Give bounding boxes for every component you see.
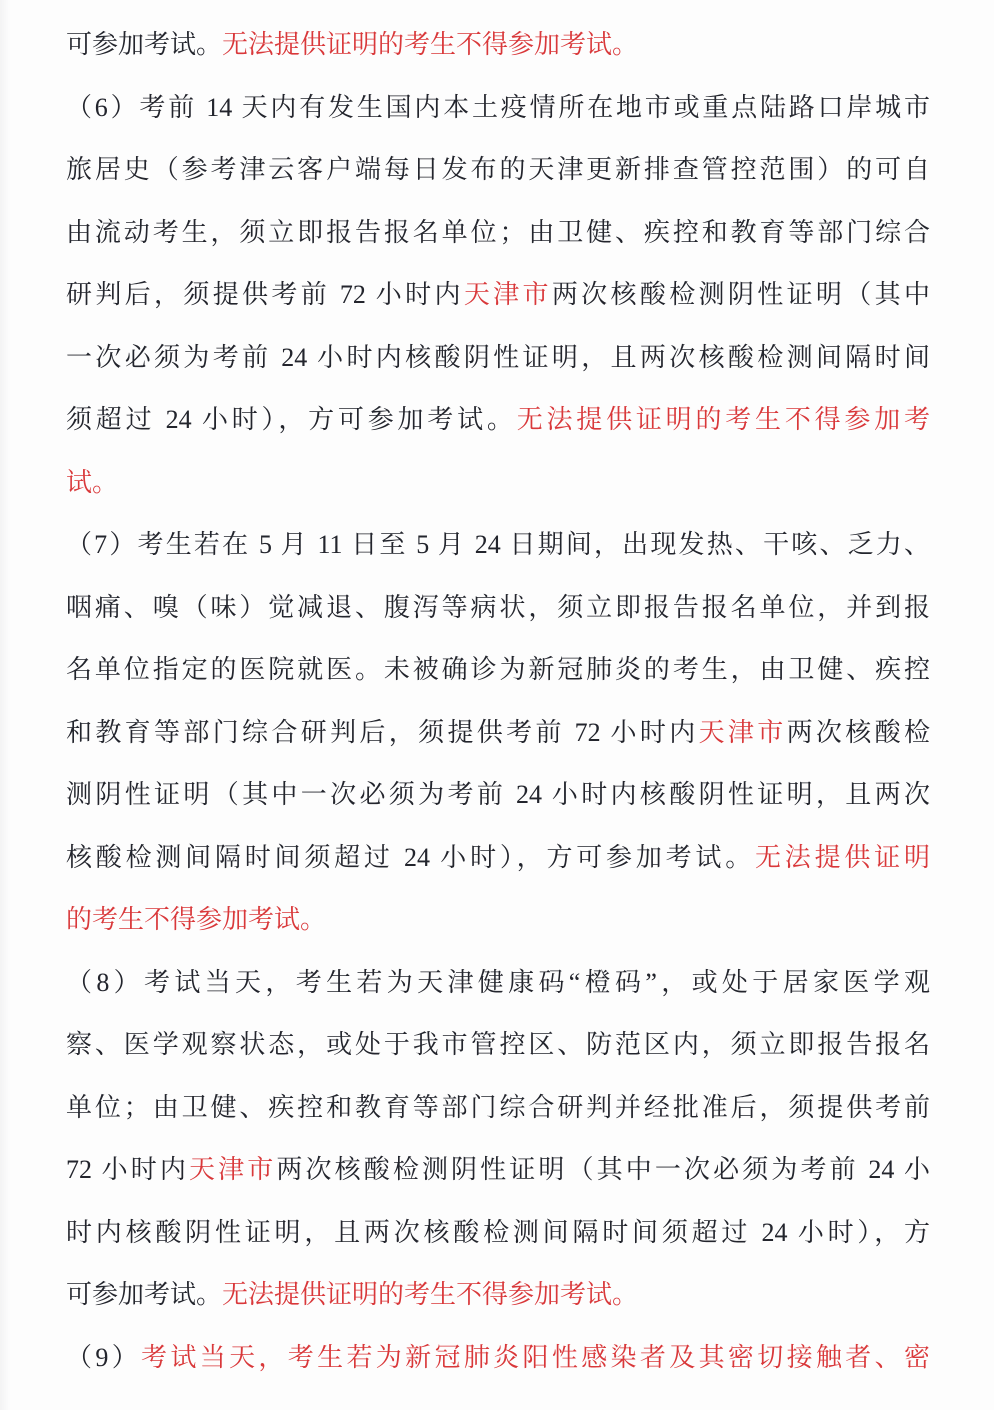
text-segment-red: 的考生不得参加考试。	[66, 905, 326, 934]
text-segment-black: 一次必须为考前 24 小时内核酸阴性证明，且两次核酸检测间隔时间	[66, 343, 930, 372]
text-segment-black: （7）考生若在 5 月 11 日至 5 月 24 日期间，出现发热、干咳、乏力、	[66, 530, 930, 559]
text-segment-red: 无法提供证明的考生不得参加考试。	[222, 30, 638, 59]
text-line: （9）考试当天，考生若为新冠肺炎阳性感染者及其密切接触者、密	[66, 1327, 930, 1390]
text-line: （6）考前 14 天内有发生国内本土疫情所在地市或重点陆路口岸城市	[66, 77, 930, 140]
text-segment-black: 两次核酸检测阴性证明（其中一次必须为考前 24 小	[276, 1155, 930, 1184]
document-text-body: 可参加考试。无法提供证明的考生不得参加考试。（6）考前 14 天内有发生国内本土…	[66, 14, 930, 1389]
text-segment-red: 天津市	[464, 280, 552, 309]
text-segment-black: 单位；由卫健、疾控和教育等部门综合研判并经批准后，须提供考前	[66, 1093, 930, 1122]
text-line: 时内核酸阴性证明，且两次核酸检测间隔时间须超过 24 小时），方	[66, 1202, 930, 1265]
text-line: （8）考试当天，考生若为天津健康码“橙码”，或处于居家医学观	[66, 952, 930, 1015]
text-line: 研判后，须提供考前 72 小时内天津市两次核酸检测阴性证明（其中	[66, 264, 930, 327]
text-line: 测阴性证明（其中一次必须为考前 24 小时内核酸阴性证明，且两次	[66, 764, 930, 827]
text-segment-black: 可参加考试。	[66, 1280, 222, 1309]
text-segment-black: 两次核酸检	[787, 718, 930, 747]
text-line: 和教育等部门综合研判后，须提供考前 72 小时内天津市两次核酸检	[66, 702, 930, 765]
text-line: 旅居史（参考津云客户端每日发布的天津更新排查管控范围）的可自	[66, 139, 930, 202]
text-segment-red: 试。	[66, 468, 118, 497]
text-segment-black: 咽痛、嗅（味）觉减退、腹泻等病状，须立即报告报名单位，并到报	[66, 593, 930, 622]
text-line: （7）考生若在 5 月 11 日至 5 月 24 日期间，出现发热、干咳、乏力、	[66, 514, 930, 577]
text-segment-black: 可参加考试。	[66, 30, 222, 59]
text-segment-black: 旅居史（参考津云客户端每日发布的天津更新排查管控范围）的可自	[66, 155, 930, 184]
text-segment-black: 和教育等部门综合研判后，须提供考前 72 小时内	[66, 718, 699, 747]
text-segment-black: 72 小时内	[66, 1155, 189, 1184]
text-line: 72 小时内天津市两次核酸检测阴性证明（其中一次必须为考前 24 小	[66, 1139, 930, 1202]
text-line: 察、医学观察状态，或处于我市管控区、防范区内，须立即报告报名	[66, 1014, 930, 1077]
text-line: 试。	[66, 452, 930, 515]
text-segment-black: （6）考前 14 天内有发生国内本土疫情所在地市或重点陆路口岸城市	[66, 93, 930, 122]
text-segment-black: 名单位指定的医院就医。未被确诊为新冠肺炎的考生，由卫健、疾控	[66, 655, 930, 684]
text-segment-black: 两次核酸检测阴性证明（其中	[552, 280, 930, 309]
text-segment-black: 研判后，须提供考前 72 小时内	[66, 280, 464, 309]
text-line: 名单位指定的医院就医。未被确诊为新冠肺炎的考生，由卫健、疾控	[66, 639, 930, 702]
text-line: 核酸检测间隔时间须超过 24 小时），方可参加考试。无法提供证明	[66, 827, 930, 890]
text-segment-black: （8）考试当天，考生若为天津健康码“橙码”，或处于居家医学观	[66, 968, 930, 997]
text-segment-black: 须超过 24 小时），方可参加考试。	[66, 405, 517, 434]
text-segment-black: 时内核酸阴性证明，且两次核酸检测间隔时间须超过 24 小时），方	[66, 1218, 930, 1247]
text-line: 由流动考生，须立即报告报名单位；由卫健、疾控和教育等部门综合	[66, 202, 930, 265]
text-segment-red: 无法提供证明	[755, 843, 930, 872]
text-segment-red: 考试当天，考生若为新冠肺炎阳性感染者及其密切接触者、密	[141, 1343, 930, 1372]
text-segment-black: 核酸检测间隔时间须超过 24 小时），方可参加考试。	[66, 843, 755, 872]
text-segment-black: 由流动考生，须立即报告报名单位；由卫健、疾控和教育等部门综合	[66, 218, 930, 247]
text-line: 一次必须为考前 24 小时内核酸阴性证明，且两次核酸检测间隔时间	[66, 327, 930, 390]
text-segment-black: 察、医学观察状态，或处于我市管控区、防范区内，须立即报告报名	[66, 1030, 930, 1059]
text-segment-red: 无法提供证明的考生不得参加考	[517, 405, 930, 434]
text-line: 须超过 24 小时），方可参加考试。无法提供证明的考生不得参加考	[66, 389, 930, 452]
text-segment-red: 天津市	[699, 718, 787, 747]
text-segment-black: （9）	[66, 1343, 141, 1372]
text-segment-red: 天津市	[189, 1155, 276, 1184]
text-segment-black: 测阴性证明（其中一次必须为考前 24 小时内核酸阴性证明，且两次	[66, 780, 930, 809]
text-line: 单位；由卫健、疾控和教育等部门综合研判并经批准后，须提供考前	[66, 1077, 930, 1140]
text-segment-red: 无法提供证明的考生不得参加考试。	[222, 1280, 638, 1309]
text-line: 可参加考试。无法提供证明的考生不得参加考试。	[66, 1264, 930, 1327]
text-line: 咽痛、嗅（味）觉减退、腹泻等病状，须立即报告报名单位，并到报	[66, 577, 930, 640]
text-line: 可参加考试。无法提供证明的考生不得参加考试。	[66, 14, 930, 77]
text-line: 的考生不得参加考试。	[66, 889, 930, 952]
document-page: 可参加考试。无法提供证明的考生不得参加考试。（6）考前 14 天内有发生国内本土…	[0, 0, 994, 1410]
